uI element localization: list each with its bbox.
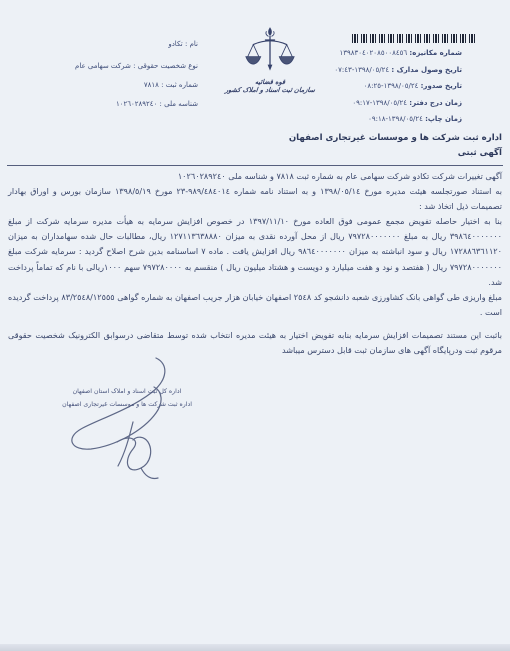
judiciary-title-text: قوه قضائیه xyxy=(222,79,318,86)
registration-number-label: شماره ثبت : xyxy=(161,81,198,89)
mechanized-number-value: ١٣٩٨٣٠٤٠٢٠٨٥٠٠٨٤٥٦ xyxy=(339,48,407,58)
notice-body: آگهی تغییرات شرکت تکادو شرکت سهامی عام ب… xyxy=(8,169,502,358)
notice-headline: آگهی تغییرات شرکت تکادو شرکت سهامی عام ب… xyxy=(8,169,502,184)
company-type-row: نوع شخصیت حقوقی : شرکت سهامی عام xyxy=(28,62,198,70)
notice-type-title: آگهی ثبتی xyxy=(458,148,502,158)
company-identity-block: نام : تکادو نوع شخصیت حقوقی : شرکت سهامی… xyxy=(28,40,198,119)
received-date-value: ١٣٩٨/٠٥/٢٤-٠٧:٤٣ xyxy=(334,65,389,75)
company-type-value: شرکت سهامی عام xyxy=(75,62,131,70)
issue-date-label: تاریخ صدور: xyxy=(421,82,462,90)
issuing-office-title: اداره ثبت شرکت ها و موسسات غیرتجاری اصفه… xyxy=(289,133,502,143)
company-name-label: نام : xyxy=(185,40,198,48)
signature-office-block: اداره کل ثبت اسناد و املاک استان اصفهان … xyxy=(62,385,192,411)
bank-certificate-paragraph: مبلغ واریزی طی گواهی بانک کشاورزی شعبه د… xyxy=(8,290,502,320)
basis-paragraph: به استناد صورتجلسه هیئت مدیره مورخ ١٣٩٨/… xyxy=(8,184,502,214)
registration-number-row: شماره ثبت : ٧٨١٨ xyxy=(28,81,198,89)
handwritten-signature-icon xyxy=(55,350,255,490)
mechanized-number-label: شماره مکانیزه: xyxy=(409,49,462,57)
registration-number-value: ٧٨١٨ xyxy=(144,81,159,89)
print-time-value: ١٣٩٨/٠٥/٢٤-٠٩:١٨ xyxy=(368,114,423,124)
barcode-icon xyxy=(352,34,478,43)
national-id-label: شناسه ملی : xyxy=(160,100,198,108)
signature-office-line1: اداره کل ثبت اسناد و املاک استان اصفهان xyxy=(62,385,192,398)
signature-office-line2: اداره ثبت شرکت ها و موسسات غیرتجاری اصفه… xyxy=(62,398,192,411)
issue-date-value: ١٣٩٨/٠٥/٢٤-٠٨:٢٥ xyxy=(364,81,419,91)
ledger-entry-time-label: زمان درج دفتر: xyxy=(409,99,462,107)
scanned-registry-notice: شماره مکانیزه: ١٣٩٨٣٠٤٠٢٠٨٥٠٠٨٤٥٦ تاریخ … xyxy=(0,0,510,651)
ledger-entry-time-row: زمان درج دفتر: ١٣٩٨/٠٥/٢٤-٠٩:١٧ xyxy=(272,98,462,108)
print-time-row: زمان چاپ: ١٣٩٨/٠٥/٢٤-٠٩:١٨ xyxy=(272,114,462,124)
national-id-value: ١٠٢٦٠٢٨٩٢٤٠ xyxy=(116,100,157,108)
judiciary-emblem: قوه قضائیه سازمان ثبت اسناد و املاک کشور xyxy=(222,26,318,94)
capital-increase-paragraph: بنا به اختیار حاصله تفویض مجمع عمومی فوق… xyxy=(8,214,502,289)
company-name-row: نام : تکادو xyxy=(68,40,198,48)
header-divider xyxy=(7,165,503,166)
received-date-label: تاریخ وصول مدارک : xyxy=(391,66,462,74)
company-name-value: تکادو xyxy=(168,40,182,48)
scales-of-justice-icon xyxy=(242,26,298,78)
company-type-label: نوع شخصیت حقوقی : xyxy=(133,62,198,70)
national-id-row: شناسه ملی : ١٠٢٦٠٢٨٩٢٤٠ xyxy=(28,100,198,108)
registration-organization-text: سازمان ثبت اسناد و املاک کشور xyxy=(222,86,319,94)
ledger-entry-time-value: ١٣٩٨/٠٥/٢٤-٠٩:١٧ xyxy=(352,98,407,108)
print-time-label: زمان چاپ: xyxy=(425,115,462,123)
